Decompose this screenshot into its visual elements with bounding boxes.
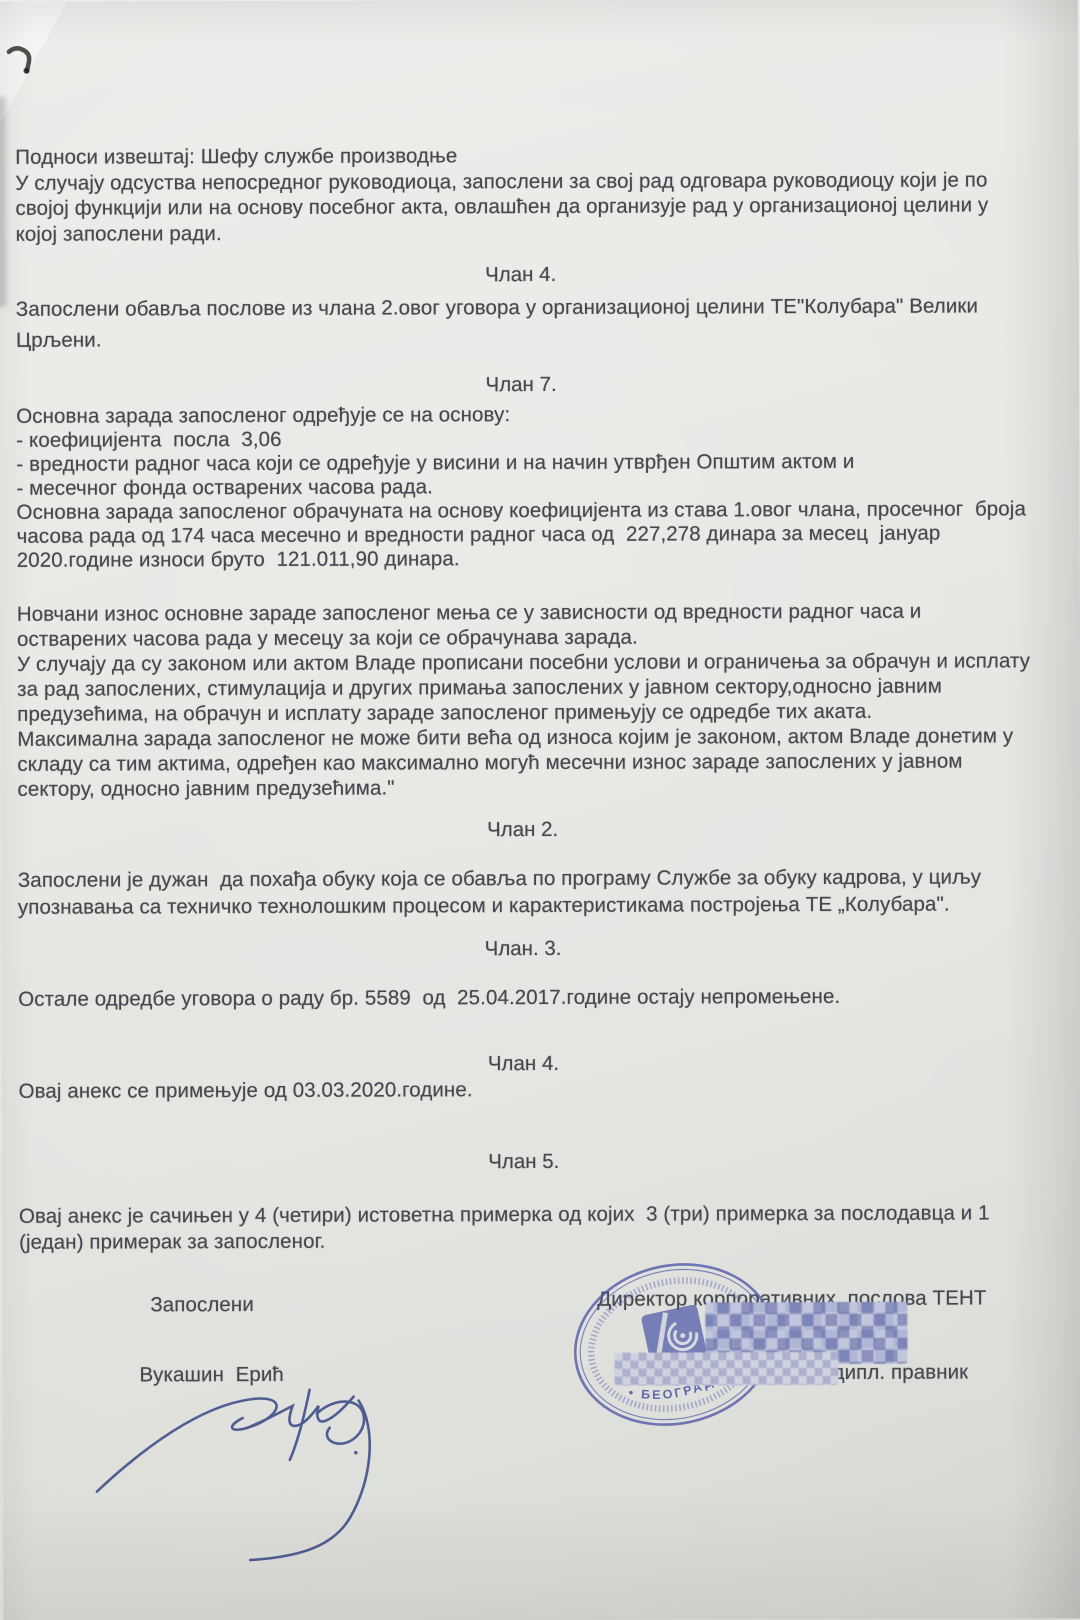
section-heading-clan-2: Члан 2. <box>18 816 1028 844</box>
employee-handwritten-signature <box>81 1372 412 1573</box>
section-paragraph-clan-7: Основна зарада запосленог одређује се на… <box>16 401 1026 573</box>
section-heading-clan-4b: Члан 4. <box>18 1050 1028 1078</box>
document-content: Подноси извештај: Шефу службе производње… <box>0 0 1080 1620</box>
section-paragraph-clan-3: Остале одредбе уговора о раду бр. 5589 о… <box>18 984 840 1013</box>
section-paragraph-clan-5: Овај анекс је сачињен у 4 (четири) истов… <box>19 1200 990 1255</box>
section-paragraph-clan-4: Запослени обавља послове из члана 2.овог… <box>16 290 978 355</box>
employee-signature-label: Запослени <box>150 1293 254 1317</box>
report-to-paragraph: Подноси извештај: Шефу службе производње… <box>15 141 988 246</box>
salary-rules-paragraph: Новчани износ основне зараде запосленог … <box>17 598 1031 802</box>
staple-mark <box>0 32 48 92</box>
left-edge-shadow <box>0 97 10 307</box>
redacted-director-name <box>614 1352 838 1386</box>
section-heading-clan-4: Члан 4. <box>16 261 1026 289</box>
director-title: дипл. правник <box>832 1361 968 1385</box>
section-heading-clan-7: Члан 7. <box>16 371 1026 399</box>
section-paragraph-clan-4b: Овај анекс се примењује од 03.03.2020.го… <box>19 1077 473 1105</box>
section-paragraph-clan-2: Запослени је дужан да похађа обуку која … <box>18 864 981 920</box>
section-heading-clan-5: Члан 5. <box>19 1148 1029 1176</box>
section-heading-clan-3: Члан. 3. <box>18 935 1028 963</box>
scanned-document-page: Подноси извештај: Шефу службе производње… <box>0 0 1080 1620</box>
